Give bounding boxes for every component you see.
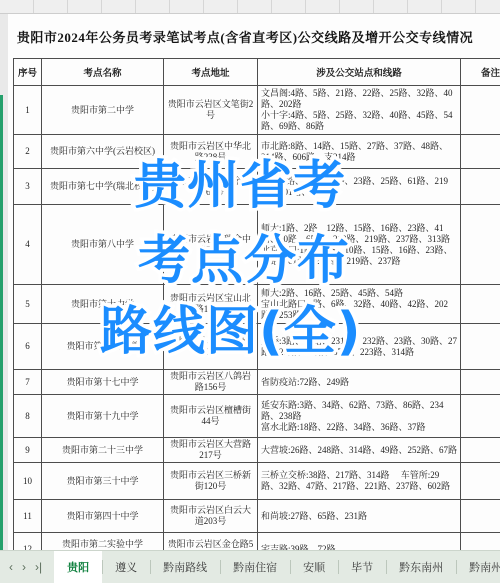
sheet-tab[interactable]: 黔东南州 [386, 551, 456, 583]
header-seq: 序号 [14, 59, 42, 86]
cell-name: 贵阳市第三十中学 [42, 463, 164, 500]
sheet-tab-bar: ‹ › ›| 贵阳遵义黔南路线黔南住宿安顺毕节黔东南州黔南州住宿铜仁 + [0, 550, 500, 583]
cell-seq: 1 [14, 86, 42, 135]
cell-routes: 延安东路:3路、34路、62路、73路、86路、234路、238路 富水北路:1… [258, 395, 461, 438]
cell-seq: 11 [14, 500, 42, 533]
cell-routes: 和尚坡:27路、65路、231路 [258, 500, 461, 533]
cell-name: 贵阳市第十九中学 [42, 395, 164, 438]
spreadsheet-window: { "title": "贵阳市2024年公务员考录笔试考点(含省直考区)公交线路… [0, 0, 500, 583]
header-site-address: 考点地址 [164, 59, 258, 86]
cell-remark [461, 285, 500, 324]
sheet-tab[interactable]: 黔南住宿 [220, 551, 290, 583]
cell-addr: 贵阳市云岩区檀槽街44号 [164, 395, 258, 438]
cell-seq: 10 [14, 463, 42, 500]
cell-name: 贵阳市第二中学 [42, 86, 164, 135]
cell-seq: 6 [14, 324, 42, 370]
table-row: 8贵阳市第十九中学贵阳市云岩区檀槽街44号延安东路:3路、34路、62路、73路… [14, 395, 500, 438]
cell-seq: 4 [14, 205, 42, 285]
cell-routes: 三桥立交桥:38路、217路、314路 车管所:29路、32路、47路、217路… [258, 463, 461, 500]
cell-routes: 大营坡:26路、248路、314路、49路、252路、67路 [258, 438, 461, 463]
table-row: 7贵阳市第十七中学贵阳市云岩区八鸽岩路156号省防疫站:72路、249路 [14, 370, 500, 395]
cell-seq: 2 [14, 135, 42, 169]
cell-name: 贵阳市第二十三中学 [42, 438, 164, 463]
table-row: 11贵阳市第四十中学贵阳市云岩区白云大道203号和尚坡:27路、65路、231路 [14, 500, 500, 533]
cell-remark [461, 500, 500, 533]
cell-name: 贵阳市第四十中学 [42, 500, 164, 533]
cell-addr: 贵阳市云岩区文笔街2号 [164, 86, 258, 135]
last-sheet-icon[interactable]: ›| [35, 560, 42, 574]
sheet-tab-active[interactable]: 贵阳 [54, 551, 102, 583]
prev-sheet-icon[interactable]: ‹ [9, 560, 13, 574]
cell-remark [461, 395, 500, 438]
cell-name: 贵阳市第十七中学 [42, 370, 164, 395]
sheet-tab[interactable]: 毕节 [338, 551, 386, 583]
watermark-line-3: 路线图(全) 路线图(全) [100, 306, 362, 358]
cell-routes: 文昌阁:4路、5路、21路、22路、25路、32路、40路、202路 小十字:4… [258, 86, 461, 135]
table-row: 1贵阳市第二中学贵阳市云岩区文笔街2号文昌阁:4路、5路、21路、22路、25路… [14, 86, 500, 135]
spreadsheet-cells-strip [0, 0, 500, 14]
cell-remark [461, 205, 500, 285]
cell-remark [461, 463, 500, 500]
cell-remark [461, 370, 500, 395]
cell-addr: 贵阳市云岩区八鸽岩路156号 [164, 370, 258, 395]
cell-remark [461, 169, 500, 205]
sheet-tab[interactable]: 黔南州住宿 [456, 551, 500, 583]
next-sheet-icon[interactable]: › [22, 560, 26, 574]
cell-remark [461, 438, 500, 463]
cell-addr: 贵阳市云岩区白云大道203号 [164, 500, 258, 533]
cell-remark [461, 324, 500, 370]
cell-seq: 8 [14, 395, 42, 438]
sheet-tab[interactable]: 黔南路线 [150, 551, 220, 583]
cell-routes: 省防疫站:72路、249路 [258, 370, 461, 395]
cell-remark [461, 135, 500, 169]
cell-seq: 3 [14, 169, 42, 205]
cell-seq: 5 [14, 285, 42, 324]
page-title: 贵阳市2024年公务员考录笔试考点(含省直考区)公交线路及增开公交专线情况 [10, 27, 480, 46]
sheet-tabs: 贵阳遵义黔南路线黔南住宿安顺毕节黔东南州黔南州住宿铜仁 [54, 551, 500, 583]
selection-edge-strip [0, 95, 3, 551]
cell-addr: 贵阳市云岩区大营路217号 [164, 438, 258, 463]
watermark-line-1: 贵州省考 贵州省考 [134, 160, 346, 212]
cell-addr: 贵阳市云岩区三桥新街120号 [164, 463, 258, 500]
header-site-name: 考点名称 [42, 59, 164, 86]
sheet-tab[interactable]: 安顺 [290, 551, 338, 583]
cell-remark [461, 86, 500, 135]
header-bus-routes: 涉及公交站点和线路 [258, 59, 461, 86]
table-header-row: 序号 考点名称 考点地址 涉及公交站点和线路 备注 [14, 59, 500, 86]
sheet-tab[interactable]: 遵义 [102, 551, 150, 583]
watermark-line-2: 考点分布 考点分布 [138, 235, 350, 287]
table-row: 9贵阳市第二十三中学贵阳市云岩区大营路217号大营坡:26路、248路、314路… [14, 438, 500, 463]
table-row: 10贵阳市第三十中学贵阳市云岩区三桥新街120号三桥立交桥:38路、217路、3… [14, 463, 500, 500]
cell-seq: 9 [14, 438, 42, 463]
cell-seq: 7 [14, 370, 42, 395]
header-remark: 备注 [461, 59, 500, 86]
sheet-navigation: ‹ › ›| [0, 551, 54, 583]
